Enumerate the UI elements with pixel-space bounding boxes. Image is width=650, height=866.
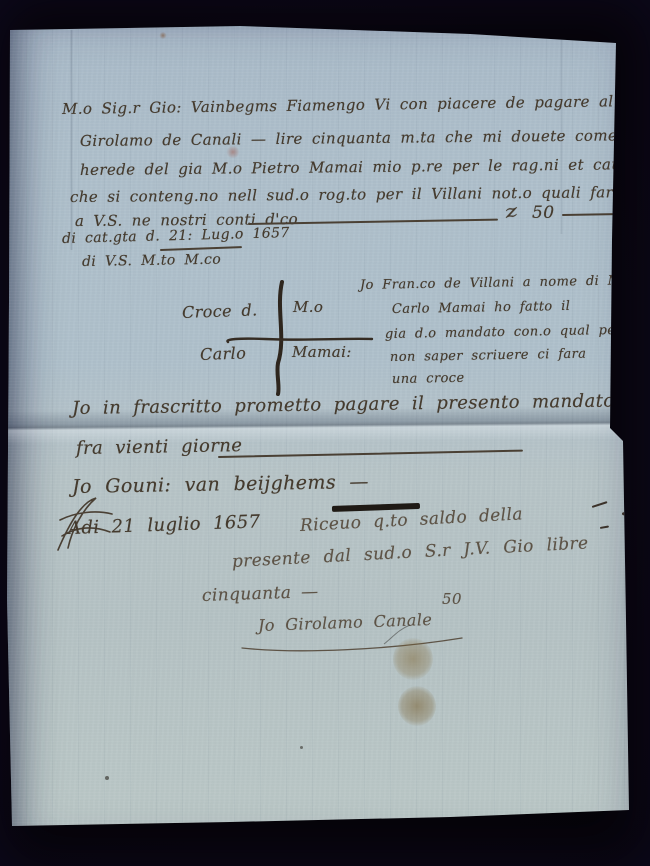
- paper-fibre: [380, 622, 414, 648]
- receipt-line: cinquanta —: [202, 582, 319, 606]
- margin-flourish: [622, 512, 634, 517]
- receipt-signature-flourish: [238, 634, 468, 656]
- amount-value: 50: [532, 203, 554, 223]
- manuscript-paper: M.o Sig.r Gio: Vainbegms Fiamengo Vi con…: [0, 0, 650, 866]
- signum-crucis: [220, 278, 390, 398]
- witness-line: non saper scriuere ci fara: [390, 347, 587, 365]
- promise-line: Jo in frascritto prometto pagare il pres…: [72, 390, 615, 419]
- brown-stain: [398, 686, 436, 726]
- date-underline: [160, 246, 242, 251]
- letter-line: Girolamo de Canali — lire cinquanta m.ta…: [80, 126, 617, 150]
- witness-line: una croce: [392, 371, 465, 387]
- witness-line: gia d.o mandato con.o qual per: [385, 323, 622, 342]
- photograph-backdrop: M.o Sig.r Gio: Vainbegms Fiamengo Vi con…: [0, 0, 650, 866]
- amount-mark: z: [503, 200, 520, 221]
- promise-rule: [218, 450, 523, 458]
- margin-flourish: [592, 501, 608, 508]
- witness-line: Carlo Mamai ho fatto il: [392, 299, 571, 317]
- receipt-amount: 50: [442, 590, 462, 608]
- margin-flourish: [600, 525, 609, 529]
- witness-line: Jo Fran.co de Villani a nome di M.: [360, 273, 626, 293]
- small-spot: [159, 32, 167, 39]
- letter-line: M.o Sig.r Gio: Vainbegms Fiamengo Vi con…: [62, 91, 650, 118]
- letter-line: che si conteng.no nell sud.o rog.to per …: [70, 183, 650, 206]
- speck: [105, 776, 109, 780]
- valediction: di V.S. M.to M.co: [82, 252, 221, 270]
- letter-line: herede del gia M.o Pietro Mamai mio p.re…: [80, 155, 639, 179]
- vertical-crease-left: [70, 30, 73, 250]
- speck: [300, 746, 303, 749]
- receipt-line: presente dal sud.o S.r J.V. Gio libre: [231, 533, 589, 572]
- amount-rule-end: [562, 213, 644, 216]
